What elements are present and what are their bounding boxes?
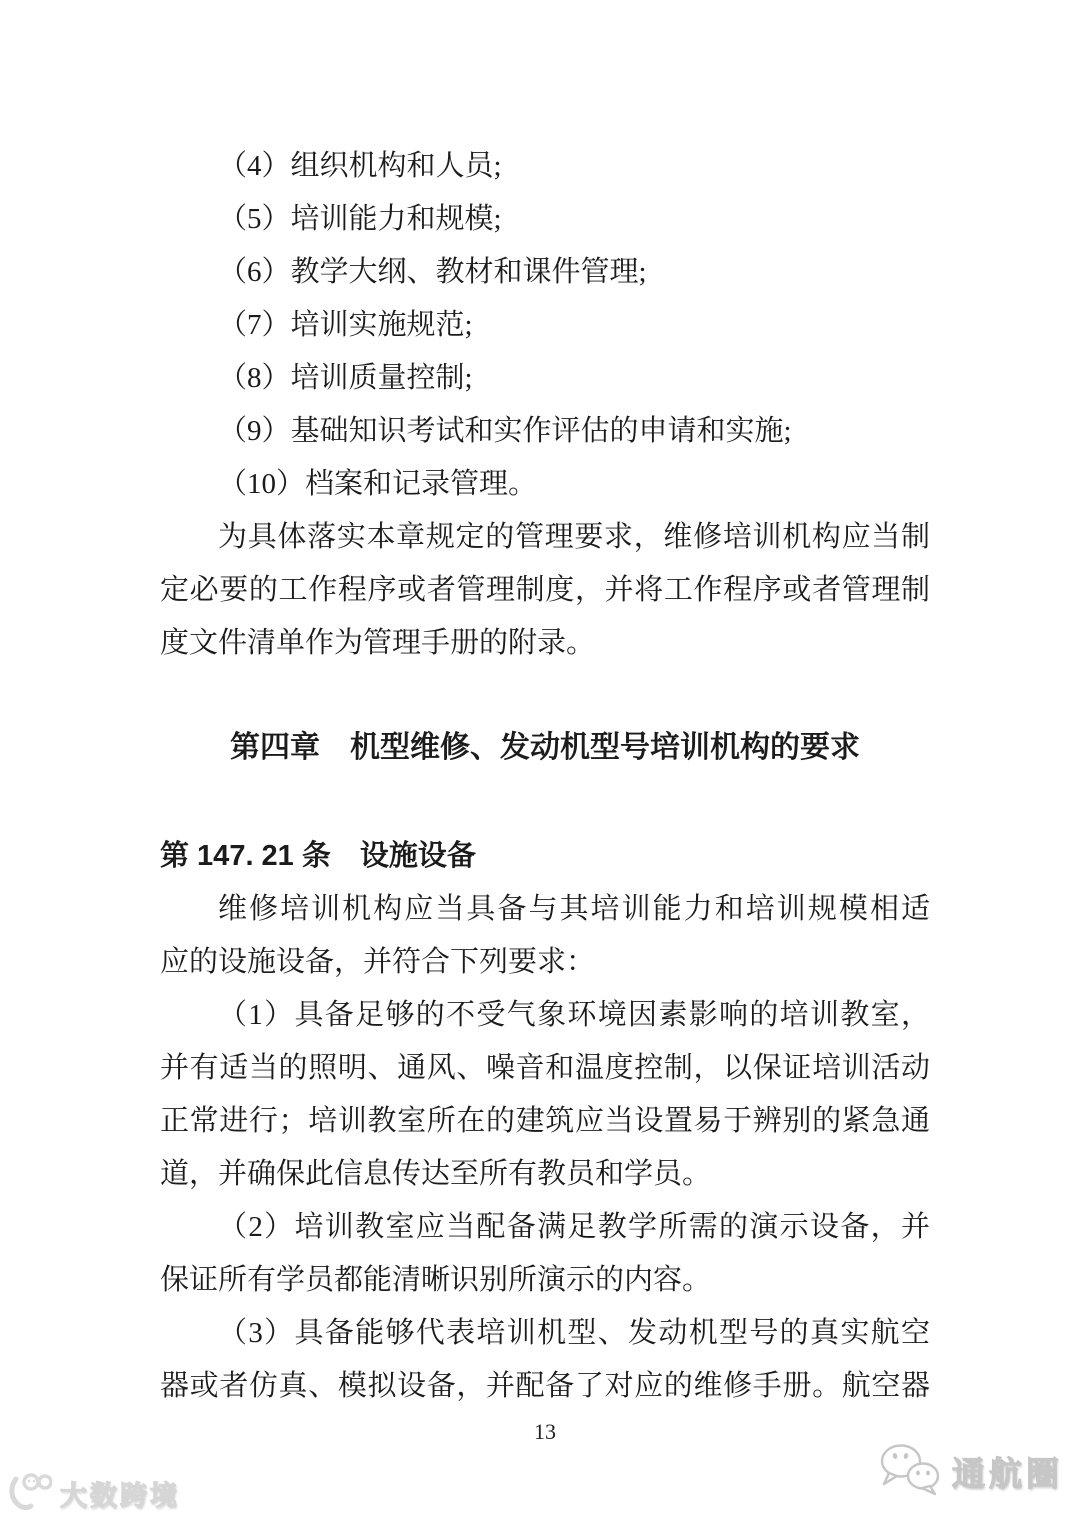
- wechat-icon: [878, 1442, 942, 1501]
- text-line: 定必要的工作程序或者管理制度，并将工作程序或者管理制: [160, 564, 930, 617]
- text-line: （8）培训质量控制;: [160, 352, 930, 405]
- page-number: 13: [160, 1417, 930, 1447]
- article-heading: 第 147. 21 条 设施设备: [160, 830, 930, 883]
- text-line: 为具体落实本章规定的管理要求，维修培训机构应当制: [160, 511, 930, 564]
- watermark-left-label: 大数跨境: [60, 1474, 180, 1513]
- watermark-dashu: 大数跨境: [6, 1471, 180, 1516]
- text-line: 道，并确保此信息传达至所有教员和学员。: [160, 1148, 930, 1201]
- text-line: （9）基础知识考试和实作评估的申请和实施;: [160, 405, 930, 458]
- text-line: 器或者仿真、模拟设备，并配备了对应的维修手册。航空器: [160, 1360, 930, 1413]
- text-line: 保证所有学员都能清晰识别所演示的内容。: [160, 1254, 930, 1307]
- document-body: （4）组织机构和人员;（5）培训能力和规模;（6）教学大纲、教材和课件管理;（7…: [160, 140, 930, 1447]
- article-body: 维修培训机构应当具备与其培训能力和培训规模相适应的设施设备，并符合下列要求：（1…: [160, 883, 930, 1413]
- text-line: 度文件清单作为管理手册的附录。: [160, 617, 930, 670]
- text-line: （7）培训实施规范;: [160, 299, 930, 352]
- watermark-tonghangquan: 通航圈: [878, 1442, 1063, 1501]
- watermark-right-label: 通航圈: [952, 1448, 1063, 1495]
- text-line: 维修培训机构应当具备与其培训能力和培训规模相适: [160, 883, 930, 936]
- text-line: （6）教学大纲、教材和课件管理;: [160, 246, 930, 299]
- text-line: 应的设施设备，并符合下列要求：: [160, 936, 930, 989]
- text-line: （10）档案和记录管理。: [160, 458, 930, 511]
- text-line: 并有适当的照明、通风、噪音和温度控制，以保证培训活动: [160, 1042, 930, 1095]
- text-line: （4）组织机构和人员;: [160, 140, 930, 193]
- text-line: （1）具备足够的不受气象环境因素影响的培训教室，: [160, 989, 930, 1042]
- chapter-heading: 第四章 机型维修、发动机型号培训机构的要求: [160, 720, 930, 776]
- text-line: 正常进行；培训教室所在的建筑应当设置易于辨别的紧急通: [160, 1095, 930, 1148]
- text-line: （5）培训能力和规模;: [160, 193, 930, 246]
- text-line: （3）具备能够代表培训机型、发动机型号的真实航空: [160, 1307, 930, 1360]
- dashu-100-logo-icon: [6, 1471, 52, 1516]
- text-line: （2）培训教室应当配备满足教学所需的演示设备，并: [160, 1201, 930, 1254]
- document-page: （4）组织机构和人员;（5）培训能力和规模;（6）教学大纲、教材和课件管理;（7…: [0, 0, 1080, 1527]
- numbered-list-and-paragraph: （4）组织机构和人员;（5）培训能力和规模;（6）教学大纲、教材和课件管理;（7…: [160, 140, 930, 670]
